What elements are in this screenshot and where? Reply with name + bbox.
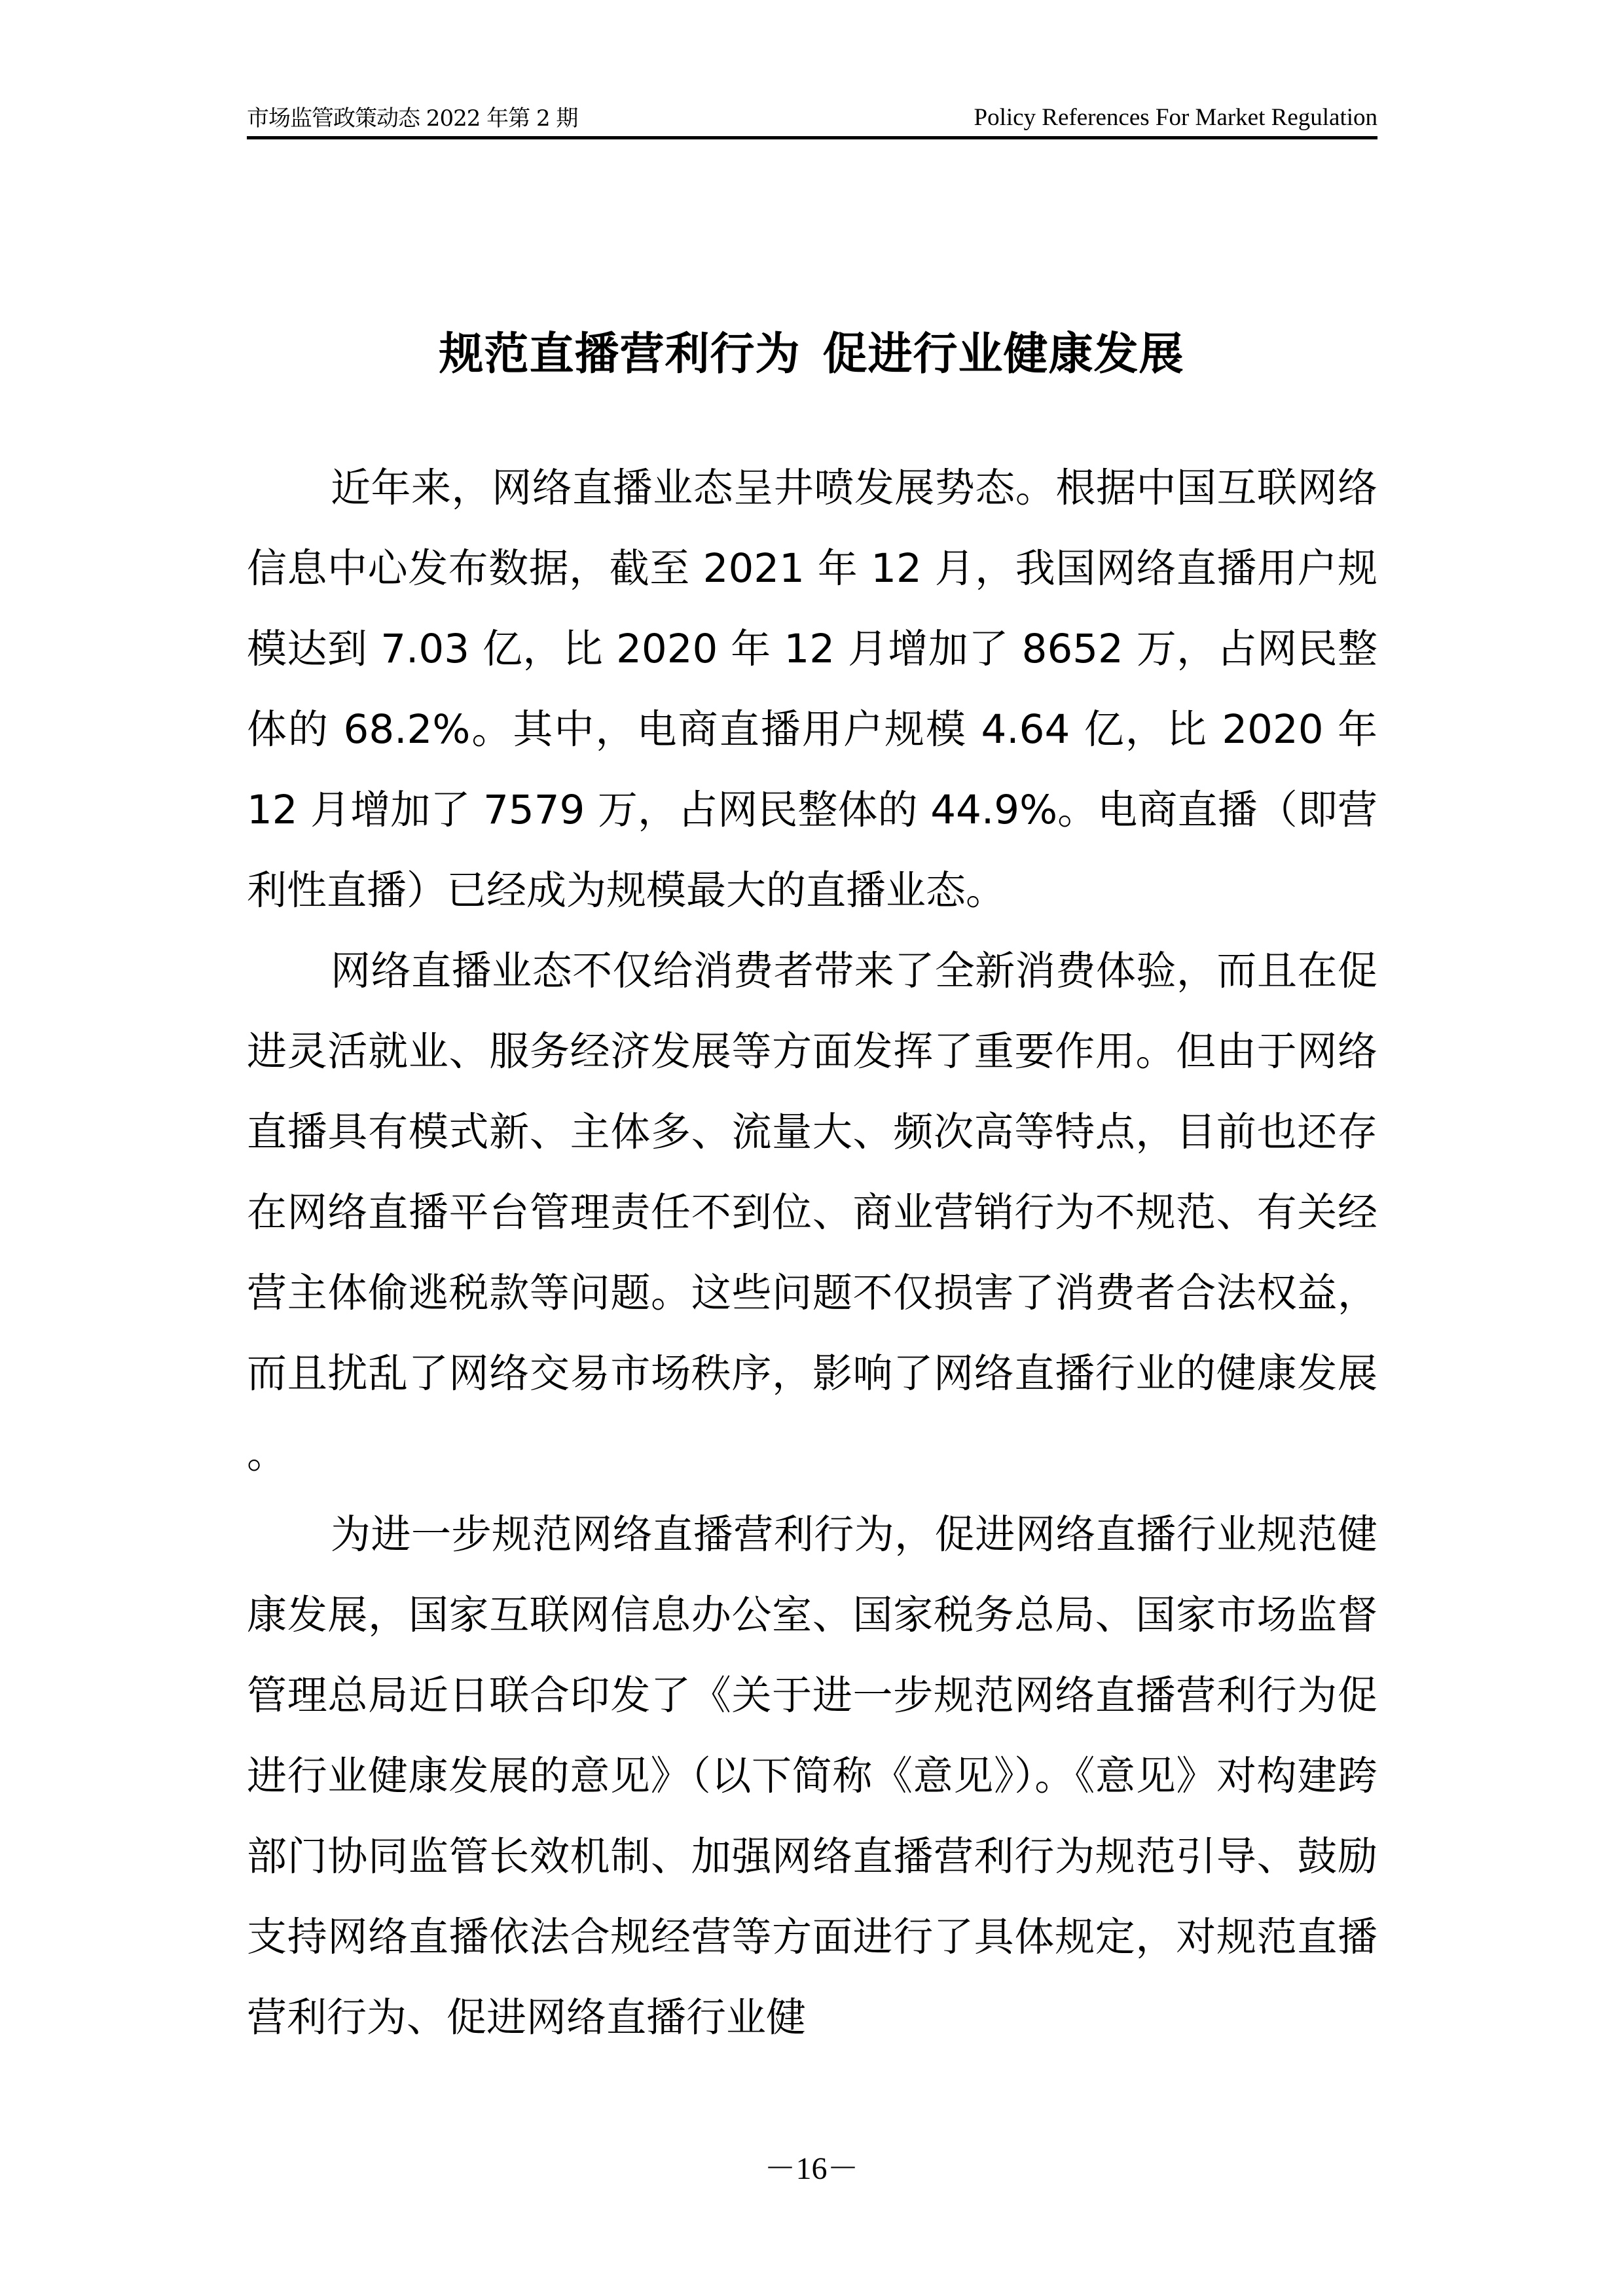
article-title: 规范直播营利行为促进行业健康发展 bbox=[0, 328, 1623, 382]
article-body: 近年来，网络直播业态呈井喷发展势态。根据中国互联网络信息中心发布数据，截至 20… bbox=[247, 448, 1377, 2058]
document-page: 市场监管政策动态 2022 年第 2 期 Policy References F… bbox=[0, 0, 1623, 2296]
page-number: －16－ bbox=[0, 2153, 1623, 2185]
paragraph-1: 近年来，网络直播业态呈井喷发展势态。根据中国互联网络信息中心发布数据，截至 20… bbox=[247, 448, 1377, 931]
article-title-part-1: 规范直播营利行为 bbox=[439, 328, 800, 380]
publication-english-title: Policy References For Market Regulation bbox=[974, 105, 1378, 137]
paragraph-3: 为进一步规范网络直播营利行为，促进网络直播行业规范健康发展，国家互联网信息办公室… bbox=[247, 1494, 1377, 2058]
running-header: 市场监管政策动态 2022 年第 2 期 Policy References F… bbox=[247, 98, 1377, 137]
article-title-part-2: 促进行业健康发展 bbox=[823, 328, 1184, 380]
header-divider bbox=[247, 136, 1377, 139]
publication-issue-label: 市场监管政策动态 2022 年第 2 期 bbox=[247, 107, 577, 137]
paragraph-2: 网络直播业态不仅给消费者带来了全新消费体验，而且在促进灵活就业、服务经济发展等方… bbox=[247, 931, 1377, 1494]
